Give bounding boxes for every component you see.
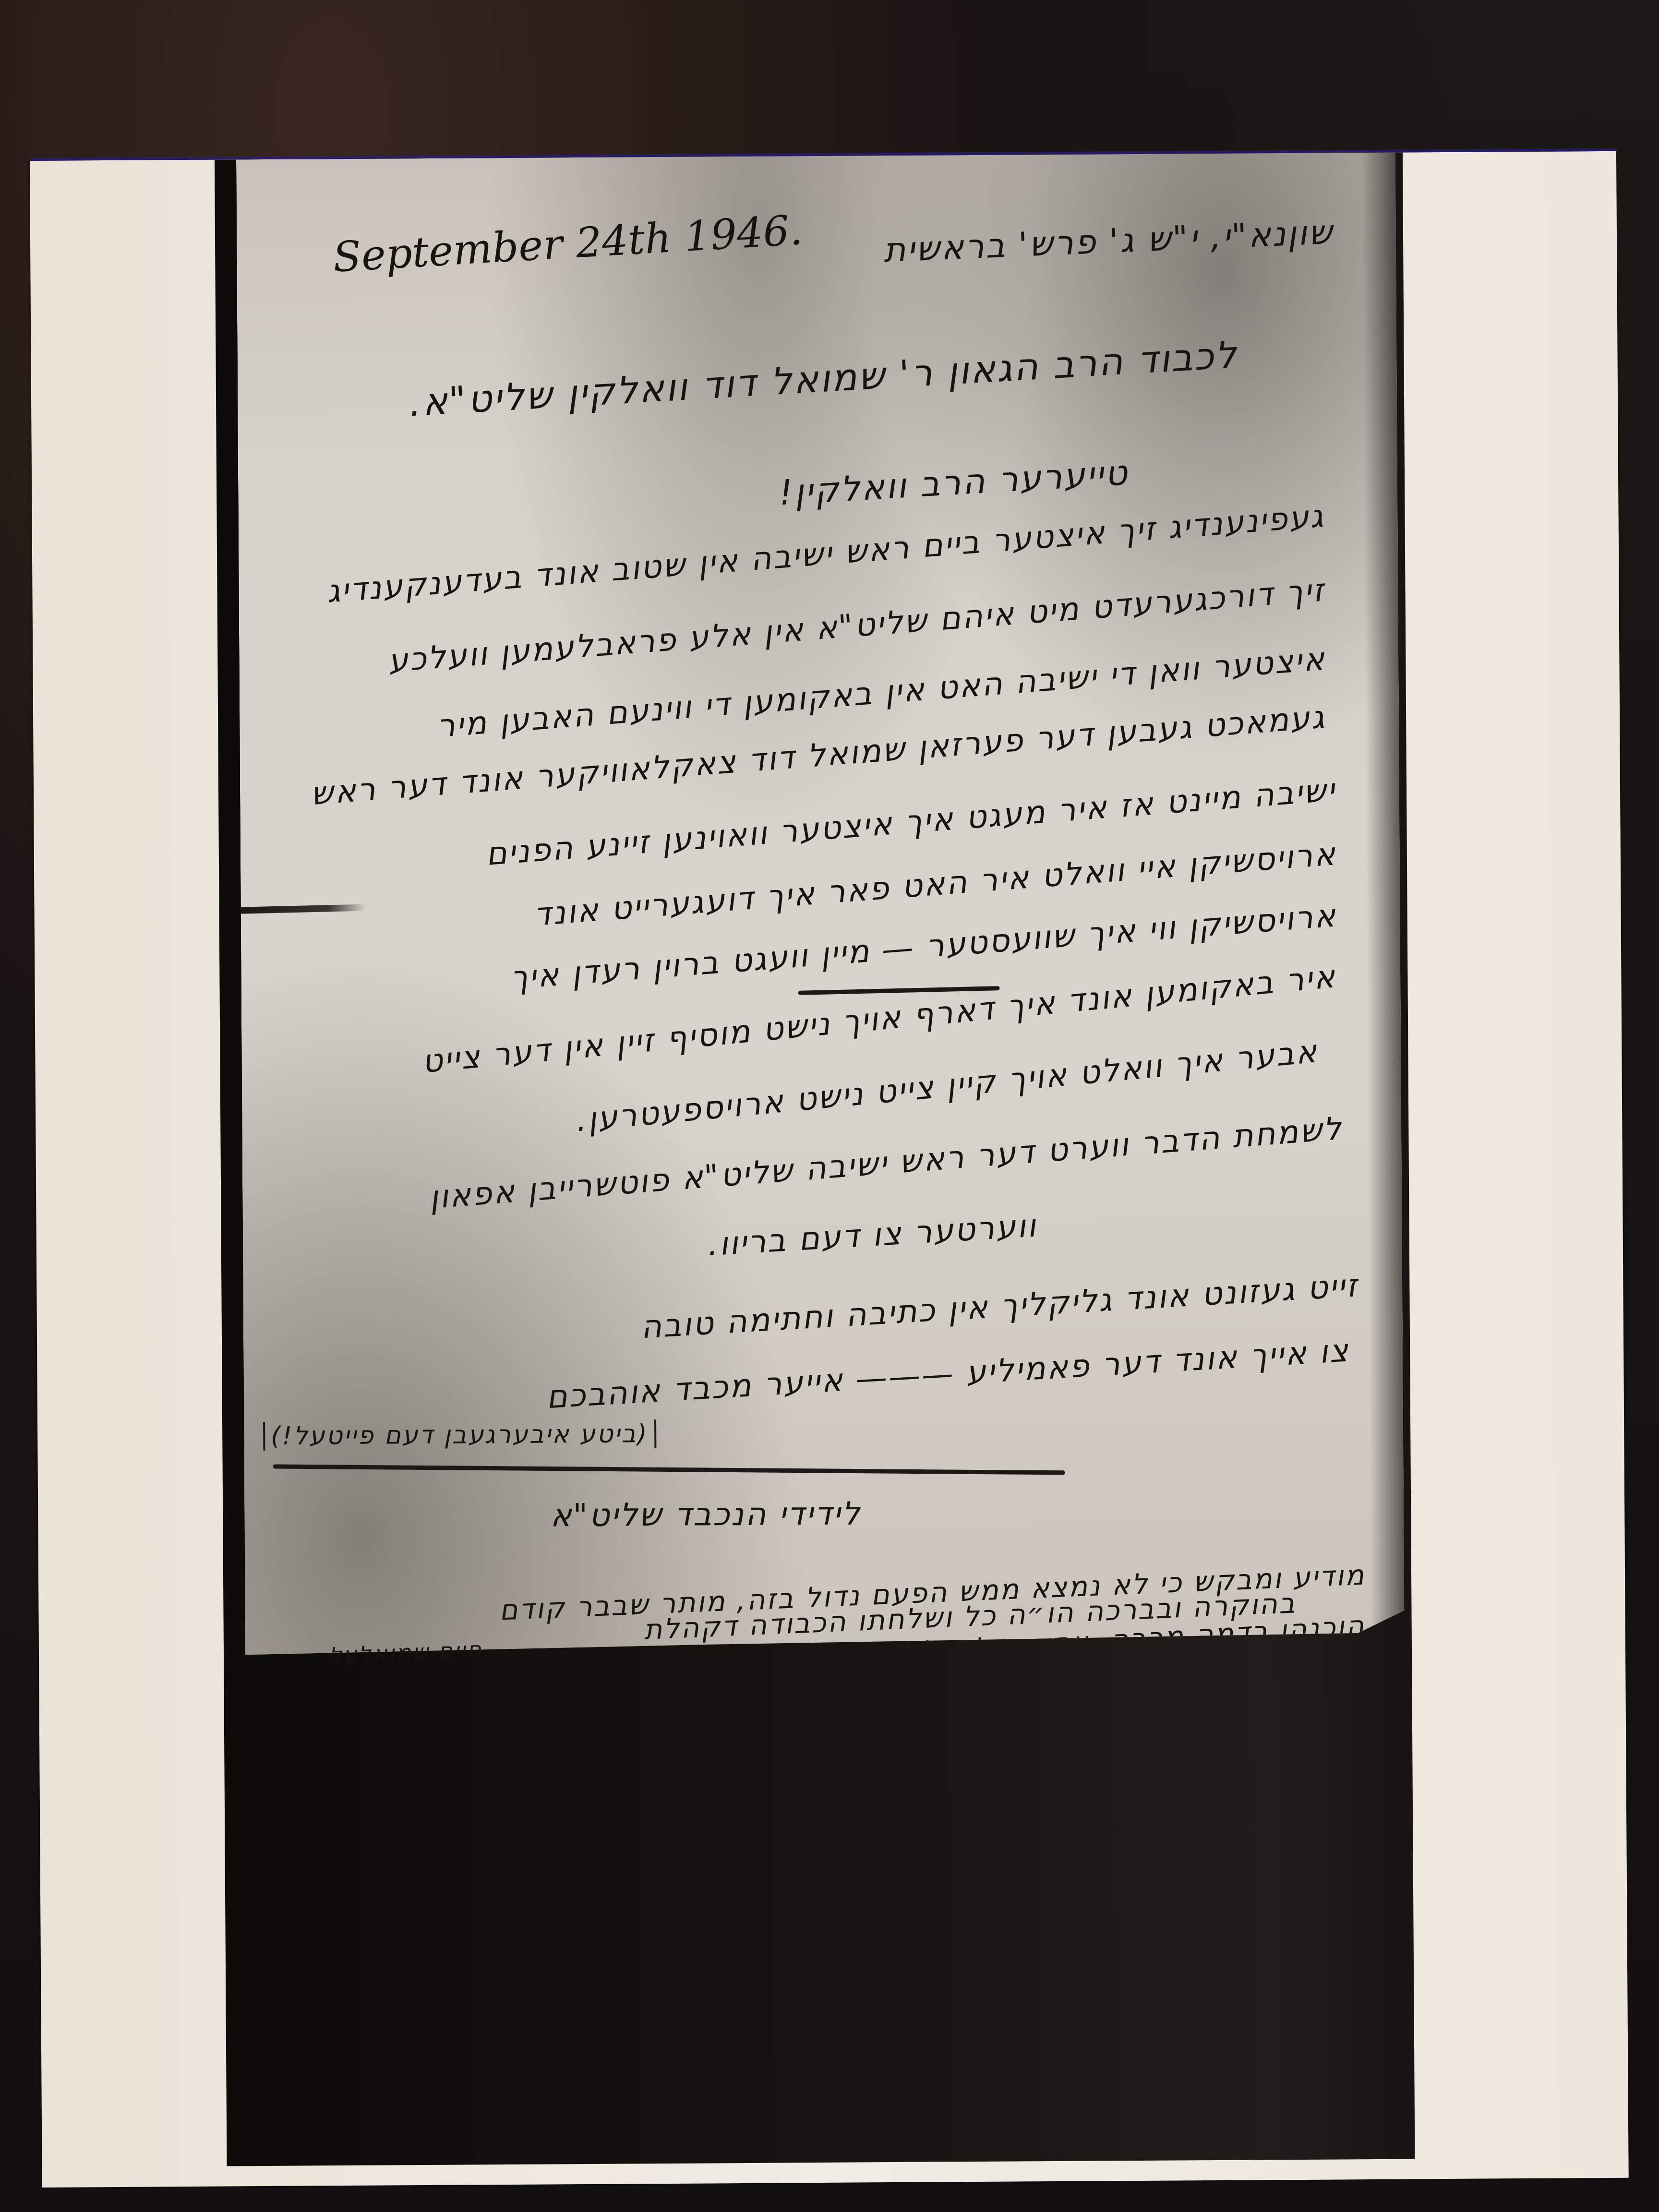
boxed-note: (ביטע איבערגעבן דעם פייטעל!)	[263, 1419, 656, 1451]
printer-paper-sheet: September 24th 1946. שוןנא"י, י"ש ג' פרש…	[30, 151, 1629, 2188]
photocopy-dark-frame: September 24th 1946. שוןנא"י, י"ש ג' פרש…	[215, 153, 1415, 2166]
fold-tear	[240, 904, 365, 914]
closing-line: זייט געזונט אונד גליקליך אין כתיבה וחתימ…	[640, 1267, 1360, 1346]
date-hebrew: שוןנא"י, י"ש ג' פרש' בראשית	[882, 212, 1334, 270]
greeting: טייערער הרב וואלקין!	[778, 452, 1130, 513]
salutation-line: לכבוד הרב הגאון ר' שמואל דוד וואלקין שלי…	[408, 333, 1238, 425]
letter-page: September 24th 1946. שוןנא"י, י"ש ג' פרש…	[236, 153, 1405, 1655]
separator-stroke	[273, 1464, 1065, 1475]
date-english: September 24th 1946.	[332, 206, 804, 282]
postscript-heading: לידידי הנכבד שליט"א	[550, 1495, 861, 1534]
closing-line: צו אייך אונד דער פאמיליע ——— אייער מכבד …	[545, 1332, 1351, 1416]
body-line: לשמחת הדבר ווערט דער ראש ישיבה שליט"א פו…	[428, 1110, 1344, 1216]
body-line: ווערטער צו דעם בריוו.	[707, 1207, 1038, 1263]
